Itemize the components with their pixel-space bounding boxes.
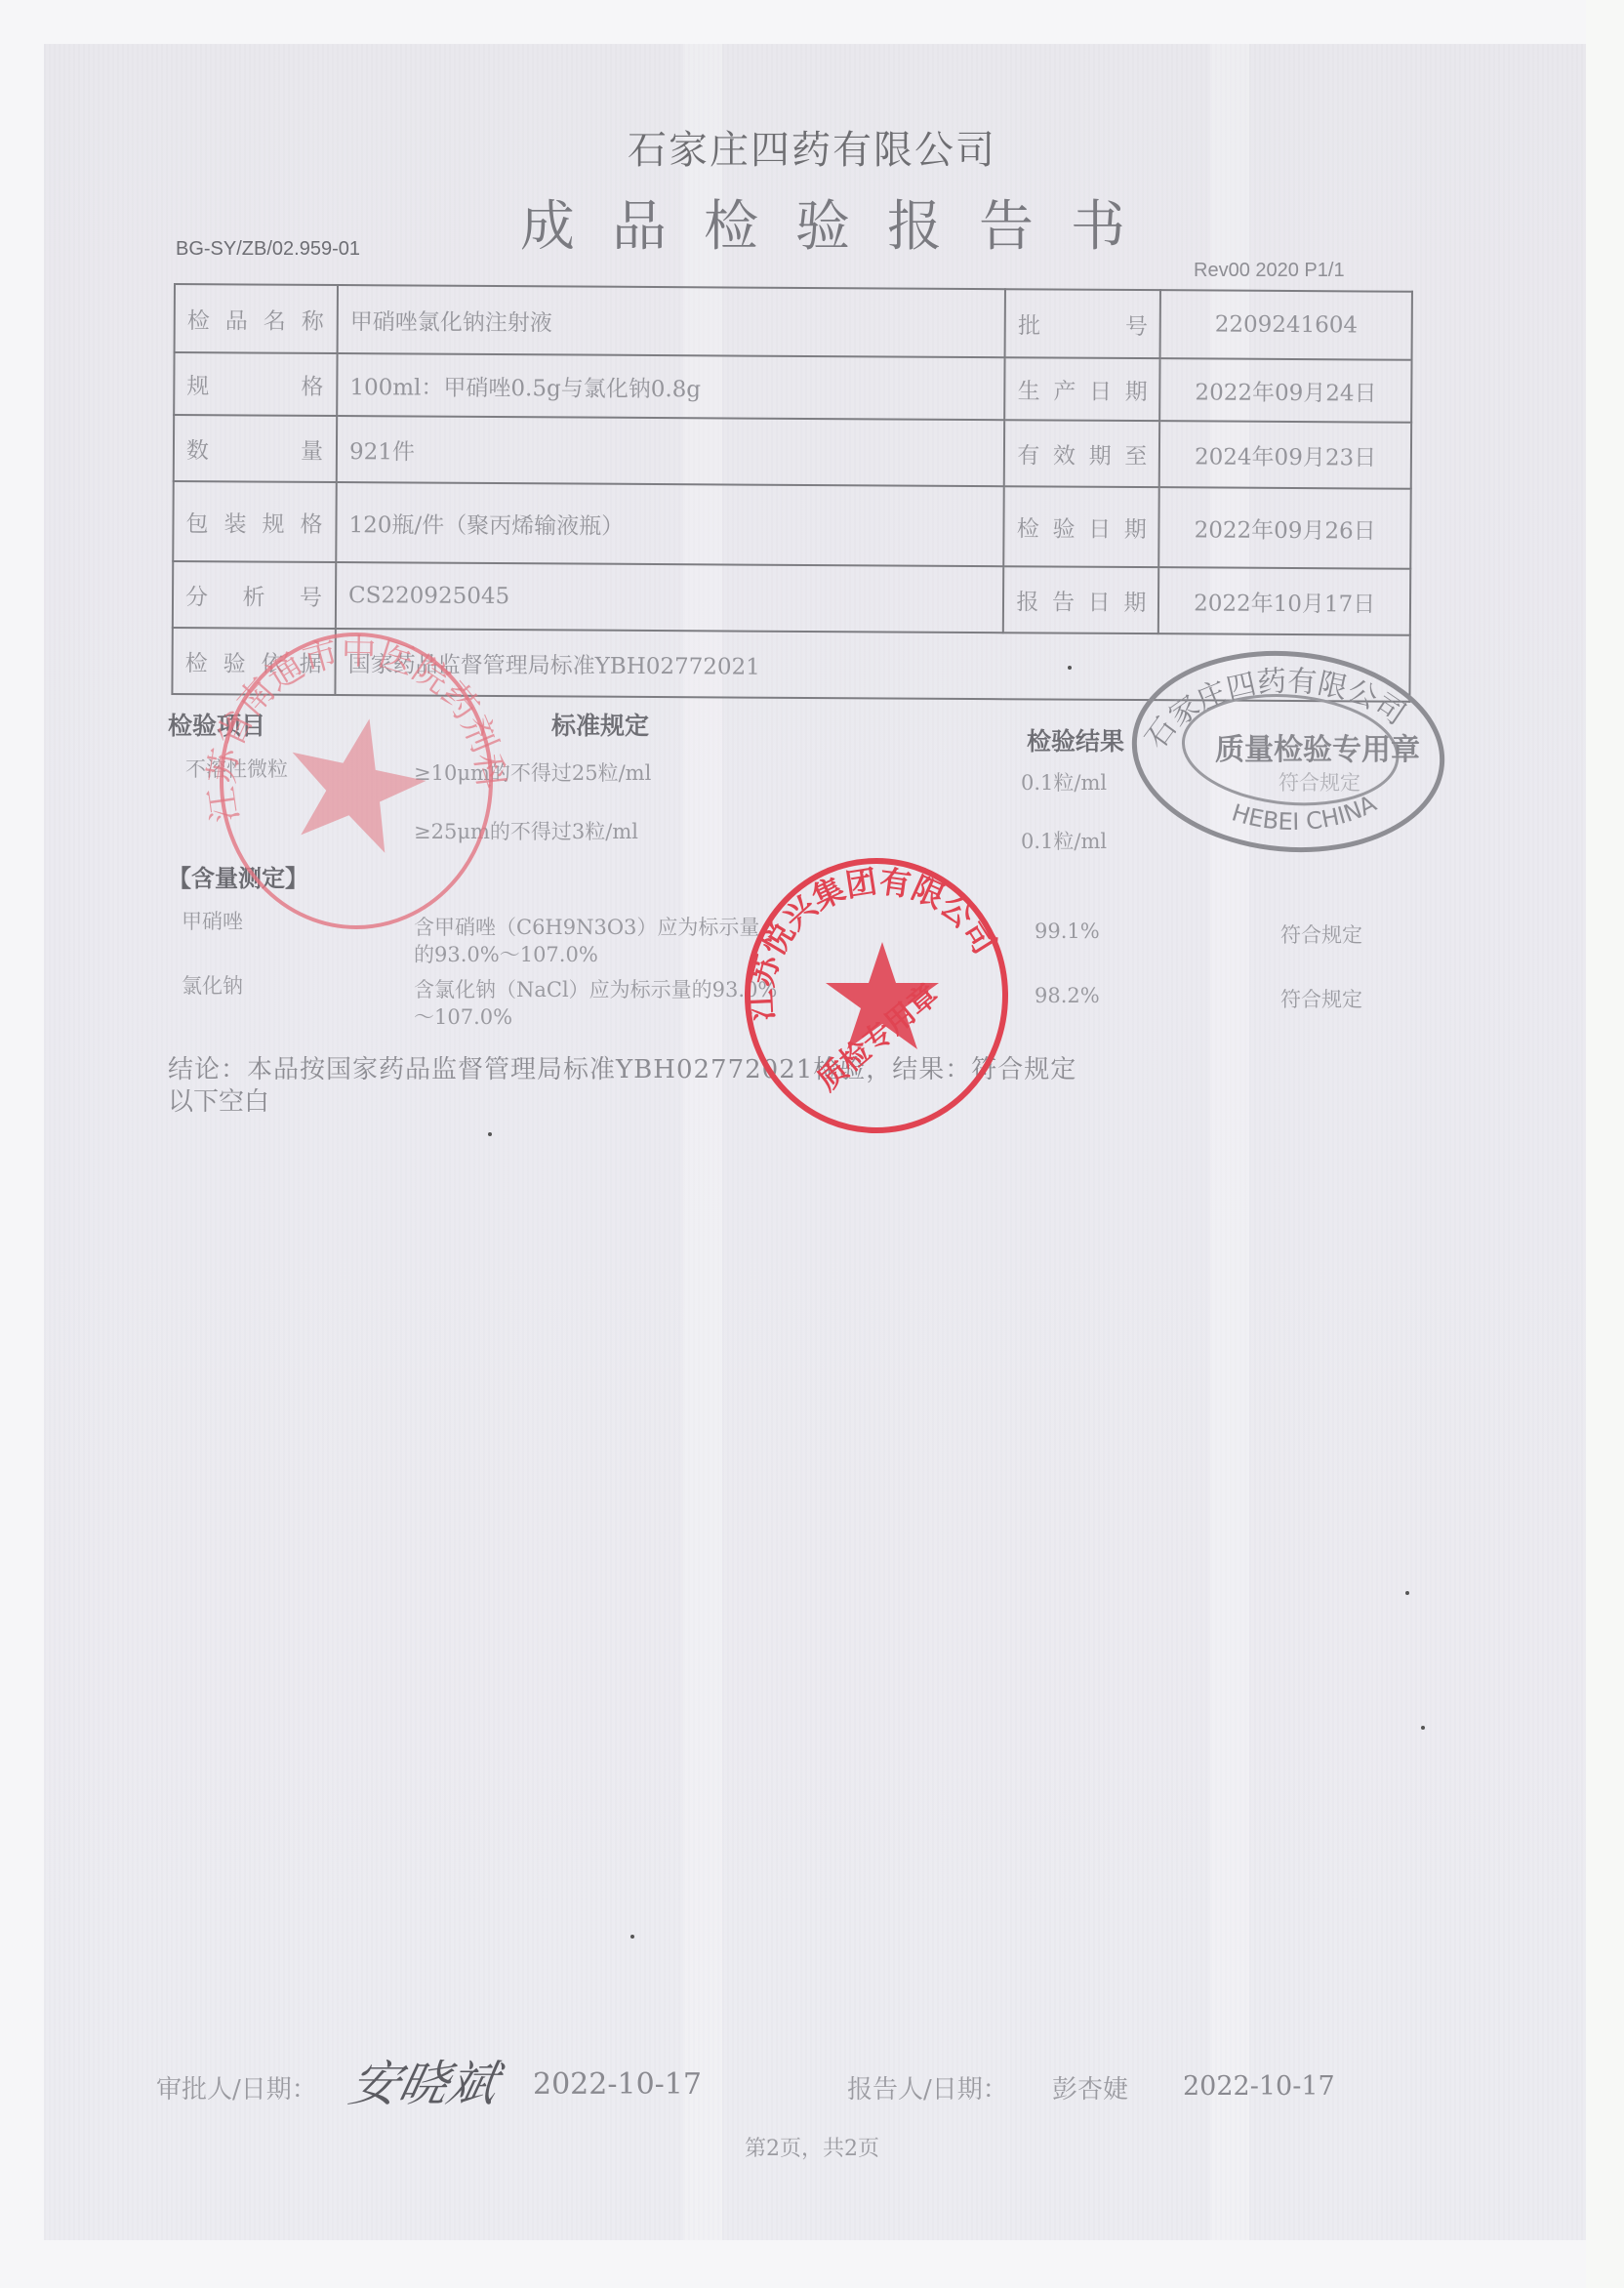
particles-standard-2: ≥25μm的不得过3粒/ml xyxy=(414,816,638,845)
assay-standard-1a: 含甲硝唑（C6H9N3O3）应为标示量 xyxy=(414,912,759,941)
product-info-table: 检品名称 甲硝唑氯化钠注射液 批号 2209241604 规格 100ml：甲硝… xyxy=(171,283,1413,703)
report-date-value: 2022年10月17日 xyxy=(1158,567,1410,635)
assay-standard-1b: 的93.0%～107.0% xyxy=(414,939,598,968)
company-name: 石家庄四药有限公司 xyxy=(0,119,1624,175)
scan-speck xyxy=(1421,1726,1425,1730)
batch-label: 批号 xyxy=(1005,289,1160,358)
product-name-value: 甲硝唑氯化钠注射液 xyxy=(338,285,1006,357)
reporter-date: 2022-10-17 xyxy=(1183,2071,1335,2102)
approver-signature: 安晓斌 xyxy=(344,2045,505,2115)
test-date-value: 2022年09月26日 xyxy=(1159,487,1411,569)
spec-label: 规格 xyxy=(174,352,337,416)
assay-item-1: 甲硝唑 xyxy=(182,906,243,935)
assay-verdict-1: 符合规定 xyxy=(1280,919,1362,949)
packaging-label: 包装规格 xyxy=(173,481,337,562)
product-name-label: 检品名称 xyxy=(175,284,338,353)
assay-item-2: 氯化钠 xyxy=(182,970,243,1000)
batch-value: 2209241604 xyxy=(1160,290,1412,360)
basis-label: 检验依据 xyxy=(172,628,335,695)
header-result: 检验结果 xyxy=(1027,722,1124,757)
report-date-label: 报告日期 xyxy=(1003,566,1158,633)
expiry-value: 2024年09月23日 xyxy=(1159,421,1411,489)
assay-verdict-2: 符合规定 xyxy=(1280,984,1362,1013)
prod-date-label: 生产日期 xyxy=(1005,357,1160,421)
page-indicator: 第2页，共2页 xyxy=(0,2132,1624,2162)
scan-speck xyxy=(630,1935,634,1939)
assay-standard-2b: ～107.0% xyxy=(414,1001,512,1031)
header-standard: 标准规定 xyxy=(551,707,649,742)
quantity-label: 数量 xyxy=(174,415,337,482)
reporter-label: 报告人/日期： xyxy=(847,2069,1008,2105)
reporter-name: 彭杏婕 xyxy=(1052,2069,1128,2105)
conclusion-text: 结论：本品按国家药品监督管理局标准YBH02772021检验，结果：符合规定 xyxy=(168,1049,1076,1085)
approver-label: 审批人/日期： xyxy=(156,2069,317,2105)
expiry-label: 有效期至 xyxy=(1004,420,1159,487)
analysis-label: 分析号 xyxy=(173,561,336,629)
basis-value: 国家药品监督管理局标准YBH02772021 xyxy=(335,629,1409,702)
blank-note: 以下空白 xyxy=(168,1082,269,1118)
prod-date-value: 2022年09月24日 xyxy=(1160,358,1412,423)
analysis-value: CS220925045 xyxy=(336,562,1004,633)
header-test-item: 检验项目 xyxy=(168,707,265,742)
particles-result-1: 0.1粒/ml xyxy=(1021,767,1107,797)
particles-verdict-1: 符合规定 xyxy=(1279,767,1360,797)
assay-section-title: 【含量测定】 xyxy=(168,859,308,893)
scan-edge xyxy=(1586,0,1624,2288)
particles-item: 不溶性微粒 xyxy=(185,754,288,783)
assay-standard-2a: 含氯化钠（NaCl）应为标示量的93.0% xyxy=(414,974,777,1003)
particles-result-2: 0.1粒/ml xyxy=(1021,826,1107,855)
assay-result-1: 99.1% xyxy=(1035,919,1100,943)
assay-result-2: 98.2% xyxy=(1035,984,1100,1007)
test-date-label: 检验日期 xyxy=(1004,486,1159,567)
document-code: BG-SY/ZB/02.959-01 xyxy=(176,238,360,261)
scan-speck xyxy=(488,1132,492,1136)
particles-standard-1: ≥10μm的不得过25粒/ml xyxy=(414,757,651,787)
scan-speck xyxy=(1405,1591,1409,1595)
scan-speck xyxy=(1068,666,1072,670)
spec-value: 100ml：甲硝唑0.5g与氯化钠0.8g xyxy=(337,353,1005,420)
revision-label: Rev00 2020 P1/1 xyxy=(1194,260,1345,282)
packaging-value: 120瓶/件（聚丙烯输液瓶） xyxy=(336,482,1004,566)
approver-date: 2022-10-17 xyxy=(533,2067,702,2102)
quantity-value: 921件 xyxy=(337,416,1005,486)
